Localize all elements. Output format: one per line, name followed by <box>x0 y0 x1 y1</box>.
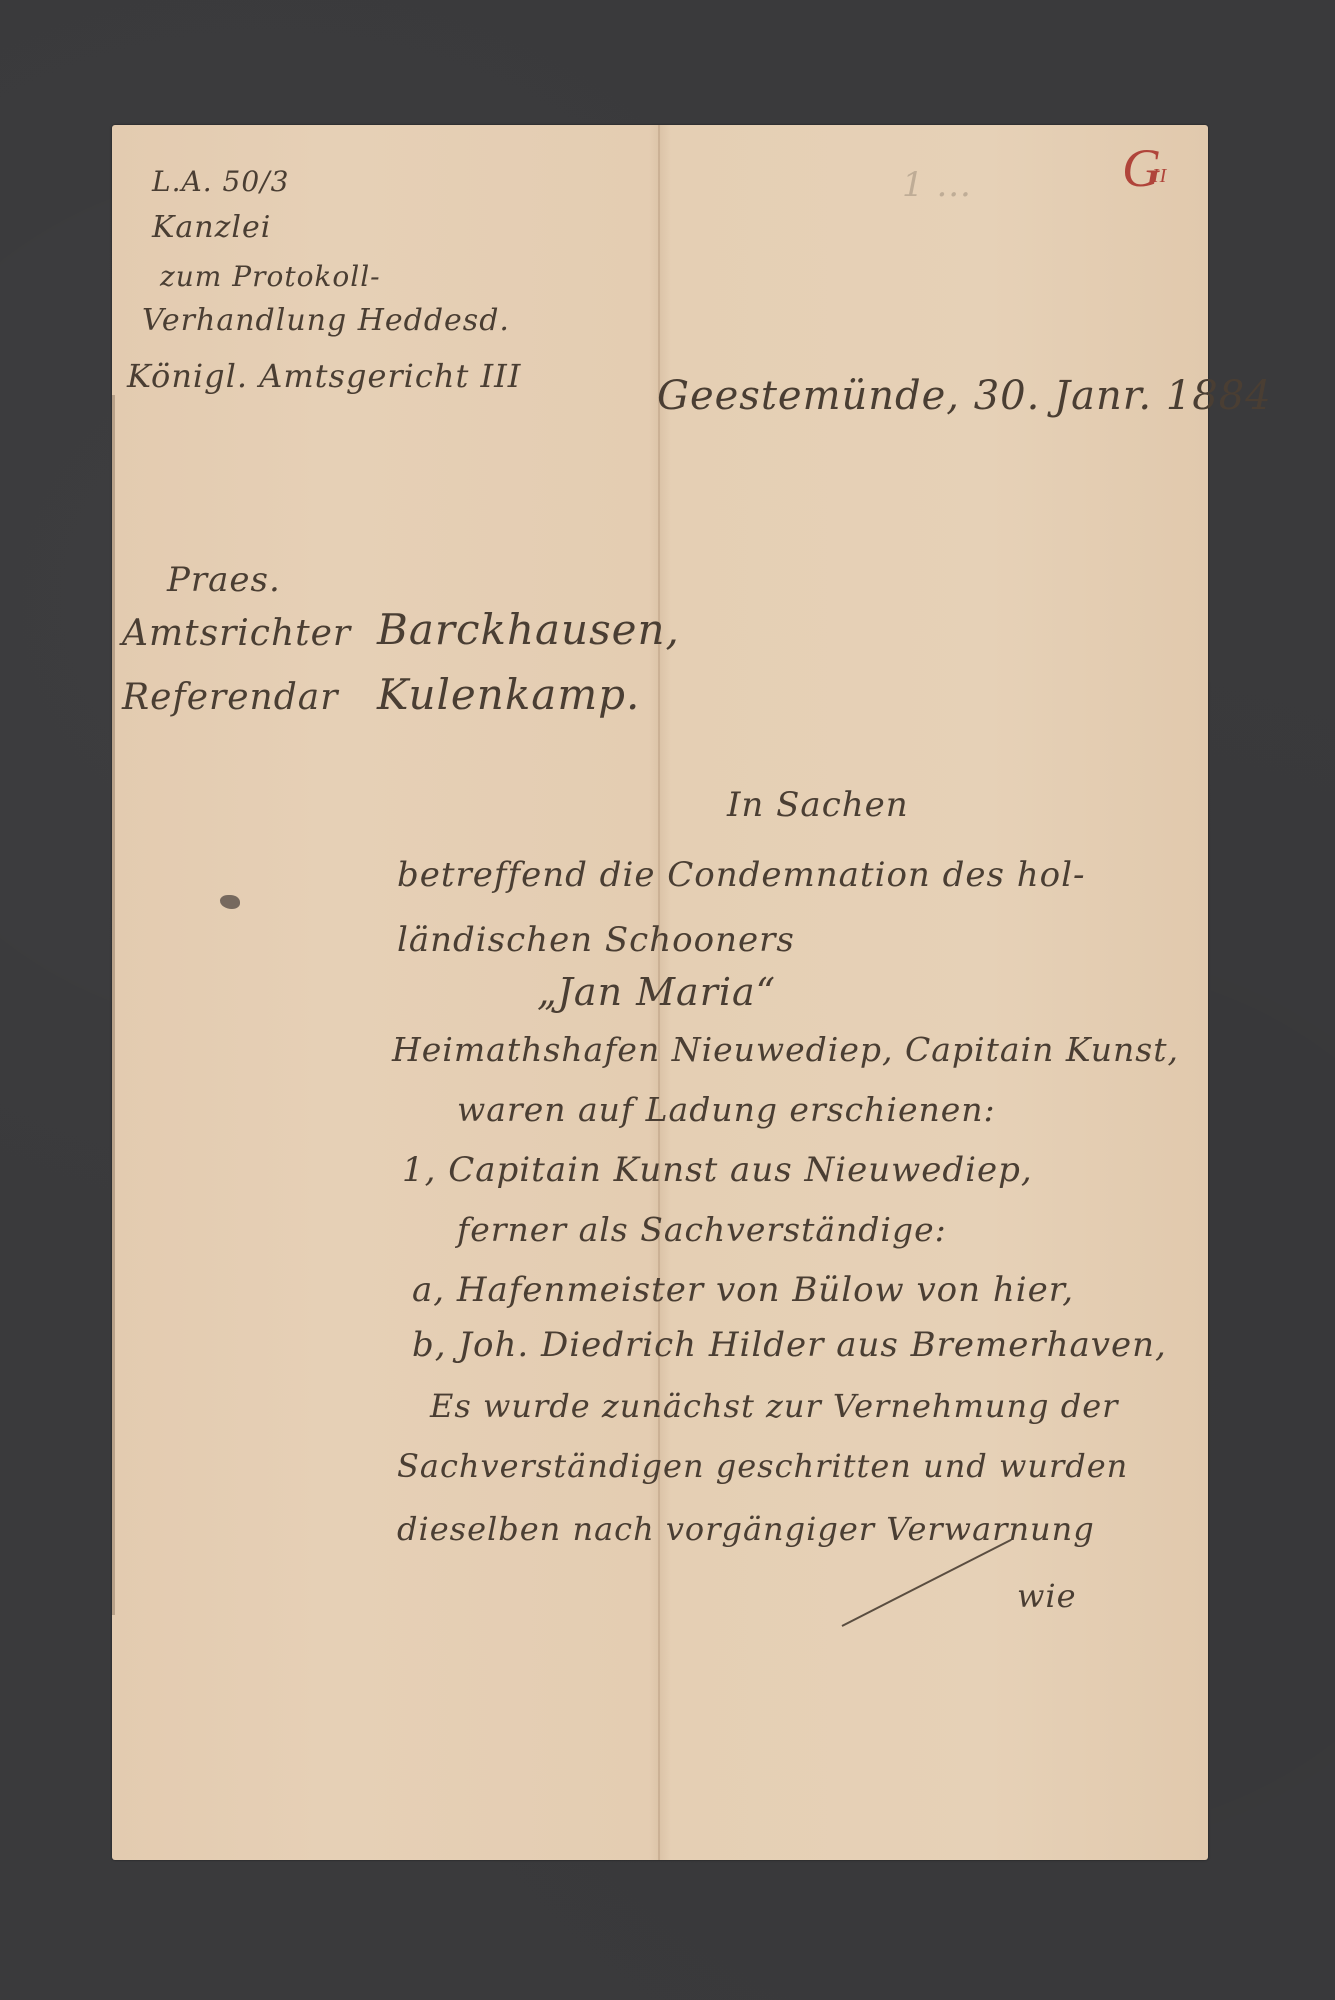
body-line: waren auf Ladung erschienen: <box>457 1090 996 1129</box>
place-date: Geestemünde, 30. Janr. 1884 <box>657 373 1272 419</box>
praesentes-label: Praes. <box>167 560 281 600</box>
body-line: 1, Capitain Kunst aus Nieuwediep, <box>402 1150 1033 1190</box>
header-line: Kanzlei <box>152 210 271 245</box>
file-number: L.A. 50/3 <box>152 165 289 198</box>
body-line: ländischen Schooners <box>397 920 795 960</box>
body-line: Heimathshafen Nieuwediep, Capitain Kunst… <box>392 1030 1179 1069</box>
document-page: 1 ... G II L.A. 50/3 Kanzlei zum Protoko… <box>112 125 1208 1860</box>
body-line: ferner als Sachverständige: <box>457 1210 947 1249</box>
paper-hole <box>220 895 240 909</box>
body-line: betreffend die Condemnation des hol- <box>397 855 1086 895</box>
body-line: a, Hafenmeister von Bülow von hier, <box>412 1270 1074 1310</box>
attendee-name: Barckhausen, <box>377 605 680 654</box>
attendee-name: Kulenkamp. <box>377 670 640 719</box>
body-line: Sachverständigen geschritten und wurden <box>397 1447 1128 1485</box>
body-line: In Sachen <box>727 785 909 825</box>
continuation-word: wie <box>1017 1577 1077 1615</box>
body-line: dieselben nach vorgängiger Verwarnung <box>397 1510 1095 1548</box>
header-line: Verhandlung Heddesd. <box>142 303 510 338</box>
header-line: zum Protokoll- <box>160 260 381 293</box>
ship-name: „Jan Maria“ <box>537 970 776 1014</box>
attendee-role: Referendar <box>122 677 338 718</box>
court-name: Königl. Amtsgericht III <box>127 357 521 395</box>
closing-stroke <box>842 1539 1012 1627</box>
body-line: Es wurde zunächst zur Vernehmung der <box>430 1387 1118 1425</box>
archive-mark-sub: II <box>1152 165 1167 188</box>
attendee-role: Amtsrichter <box>122 613 351 654</box>
pencil-note: 1 ... <box>902 165 972 205</box>
body-line: b, Joh. Diedrich Hilder aus Bremerhaven, <box>412 1325 1167 1365</box>
